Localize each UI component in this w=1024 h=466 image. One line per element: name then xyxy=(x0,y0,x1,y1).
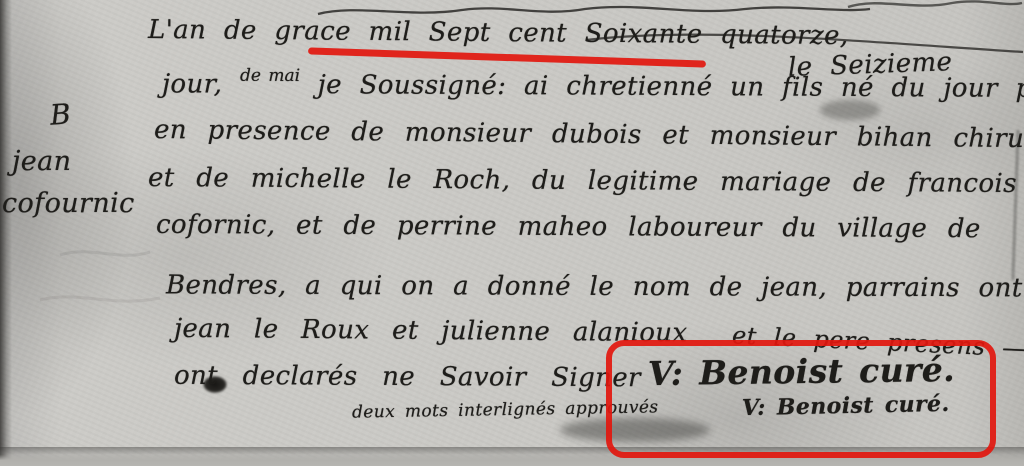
scanned-parish-register-page: B jean cofournic L'an de grace mil Sept … xyxy=(0,0,1024,466)
bleedthrough-ghost xyxy=(40,297,160,301)
act-line-2-prefix: jour, xyxy=(162,69,222,99)
act-line-1: L'an de grace mil Sept cent Soixante qua… xyxy=(148,15,849,51)
act-line-4: et de michelle le Roch, du legitime mari… xyxy=(148,163,1017,199)
bleedthrough-ghost xyxy=(60,252,150,256)
red-box-annotation xyxy=(606,340,996,458)
interlined-words: de mai xyxy=(240,66,300,86)
act-line-5: cofornic, et de perrine maheo laboureur … xyxy=(156,210,981,244)
act-line-2: jour, de mai je Soussigné: ai chretienné… xyxy=(162,69,1024,104)
margin-name-line1: jean xyxy=(12,146,71,177)
corner-fragment-stroke xyxy=(848,1,1022,7)
wavy-flourish xyxy=(318,7,870,14)
act-line-2-rest: je Soussigné: ai chretienné un fils né d… xyxy=(318,70,1024,105)
act-line-6: Bendres, a qui on a donné le nom de jean… xyxy=(166,270,1024,303)
margin-act-type-initial: B xyxy=(49,97,72,131)
act-line-7: jean le Roux et julienne alanioux xyxy=(174,314,688,348)
margin-name-line2: cofournic xyxy=(2,188,135,219)
act-line-8: ont declarés ne Savoir Signer xyxy=(174,361,641,393)
